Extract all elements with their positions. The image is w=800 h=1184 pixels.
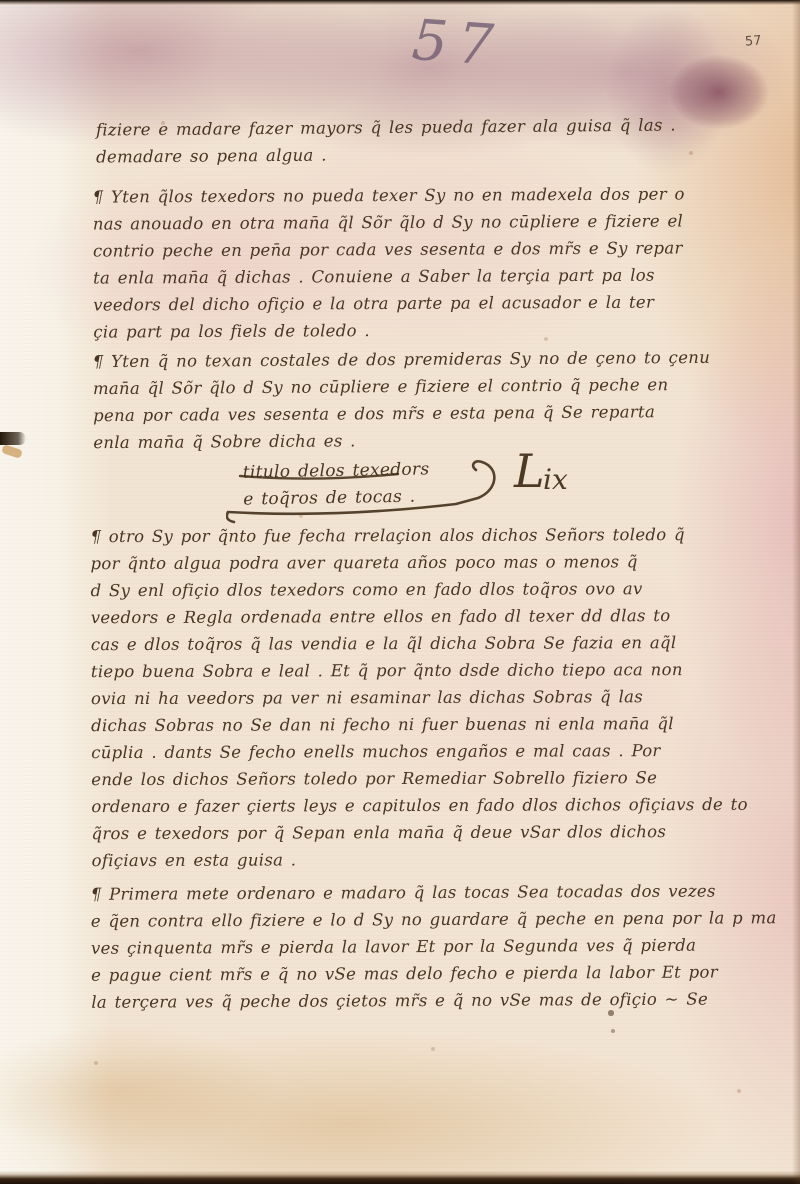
manuscript-line: ¶ otro Sy por q̃nto fue fecha rrelaçion … bbox=[90, 521, 747, 550]
page-edge-bottom bbox=[0, 1171, 800, 1184]
manuscript-line: por q̃nto algua podra aver quareta años … bbox=[90, 548, 747, 577]
manuscript-line: pena por cada ves sesenta e dos mr̃s e e… bbox=[93, 398, 711, 429]
manuscript-line: ¶ Primera mete ordenaro e madaro q̃ las … bbox=[91, 877, 777, 908]
manuscript-line: ofiçiavs en esta guisa . bbox=[92, 845, 749, 874]
manuscript-line: ende los dichos Señors toledo por Remedi… bbox=[91, 764, 748, 793]
manuscript-line: ¶ Yten q̃ no texan costales de dos premi… bbox=[93, 344, 711, 375]
manuscript-line: d Sy enl ofiçio dlos texedors como en fa… bbox=[91, 575, 748, 604]
manuscript-line: cas e dlos toq̃ros q̃ las vendia e la q̃… bbox=[91, 629, 748, 658]
manuscript-line: ovia ni ha veedors pa ver ni esaminar la… bbox=[91, 683, 748, 712]
manuscript-line: tiepo buena Sobra e leal . Et q̃ por q̃n… bbox=[91, 656, 748, 685]
manuscript-line: cūplia . dants Se fecho enells muchos en… bbox=[91, 737, 748, 766]
text-block-otrosy: ¶ otro Sy por q̃nto fue fecha rrelaçion … bbox=[90, 521, 748, 874]
text-block-item-costales: ¶ Yten q̃ no texan costales de dos premi… bbox=[93, 344, 711, 456]
manuscript-line: dichas Sobras no Se dan ni fecho ni fuer… bbox=[91, 710, 748, 739]
manuscript-line: veedors e Regla ordenada entre ellos en … bbox=[91, 602, 748, 631]
chapter-numeral-small: ix bbox=[543, 466, 568, 494]
left-margin-notch bbox=[0, 432, 26, 445]
manuscript-line: e q̃en contra ello fiziere e lo d Sy no … bbox=[91, 904, 777, 935]
manuscript-line: ¶ Yten q̃los texedors no pueda texer Sy … bbox=[93, 180, 685, 210]
manuscript-line: veedors del dicho ofiçio e la otra parte… bbox=[93, 288, 685, 318]
page-edge-top bbox=[0, 0, 800, 5]
manuscript-line: e pague cient mr̃s e q̃ no vSe mas delo … bbox=[91, 958, 777, 989]
folio-number-pencil-large: 57 bbox=[410, 13, 505, 75]
manuscript-line: la terçera ves q̃ peche dos çietos mr̃s … bbox=[91, 985, 777, 1016]
manuscript-line: demadare so pena algua . bbox=[96, 138, 676, 170]
manuscript-line: ta enla man̄a q̃ dichas . Conuiene a Sab… bbox=[93, 261, 685, 291]
text-block-closing-clause: fiziere e madare fazer mayors q̃ les pue… bbox=[96, 111, 676, 170]
manuscript-line: nas anouado en otra man̄a q̃l Sõr q̃lo d… bbox=[93, 207, 685, 237]
manuscript-line: enla man̄a q̃ Sobre dicha es . bbox=[93, 425, 711, 456]
manuscript-page: 57 57 fiziere e madare fazer mayors q̃ l… bbox=[0, 0, 800, 1184]
manuscript-line: çia part pa los fiels de toledo . bbox=[93, 315, 685, 345]
folio-number-corner: 57 bbox=[744, 33, 762, 49]
rubric-line: titulo delos texedors bbox=[243, 456, 430, 486]
page-edge-right bbox=[792, 0, 800, 1184]
manuscript-line: q̃ros e texedors por q̃ Sepan enla man̄a… bbox=[91, 818, 748, 847]
chapter-numeral-tall: L bbox=[514, 448, 545, 494]
manuscript-line: ordenaro e fazer çierts leys e capitulos… bbox=[91, 791, 748, 820]
text-block-primera-mente: ¶ Primera mete ordenaro e madaro q̃ las … bbox=[91, 877, 777, 1016]
rubric-title: titulo delos texedors e toq̃ros de tocas… bbox=[243, 456, 431, 513]
manuscript-line: fiziere e madare fazer mayors q̃ les pue… bbox=[96, 111, 676, 143]
rubric-line: e toq̃ros de tocas . bbox=[243, 483, 430, 513]
manuscript-line: contrio peche en pen̄a por cada ves sese… bbox=[93, 234, 685, 264]
manuscript-line: ves çinquenta mr̃s e pierda la lavor Et … bbox=[91, 931, 777, 962]
left-margin-paper-sliver bbox=[1, 444, 23, 459]
text-block-item-texedores: ¶ Yten q̃los texedors no pueda texer Sy … bbox=[93, 180, 686, 345]
manuscript-line: man̄a q̃l Sõr q̃lo d Sy no cūpliere e fi… bbox=[93, 371, 711, 402]
